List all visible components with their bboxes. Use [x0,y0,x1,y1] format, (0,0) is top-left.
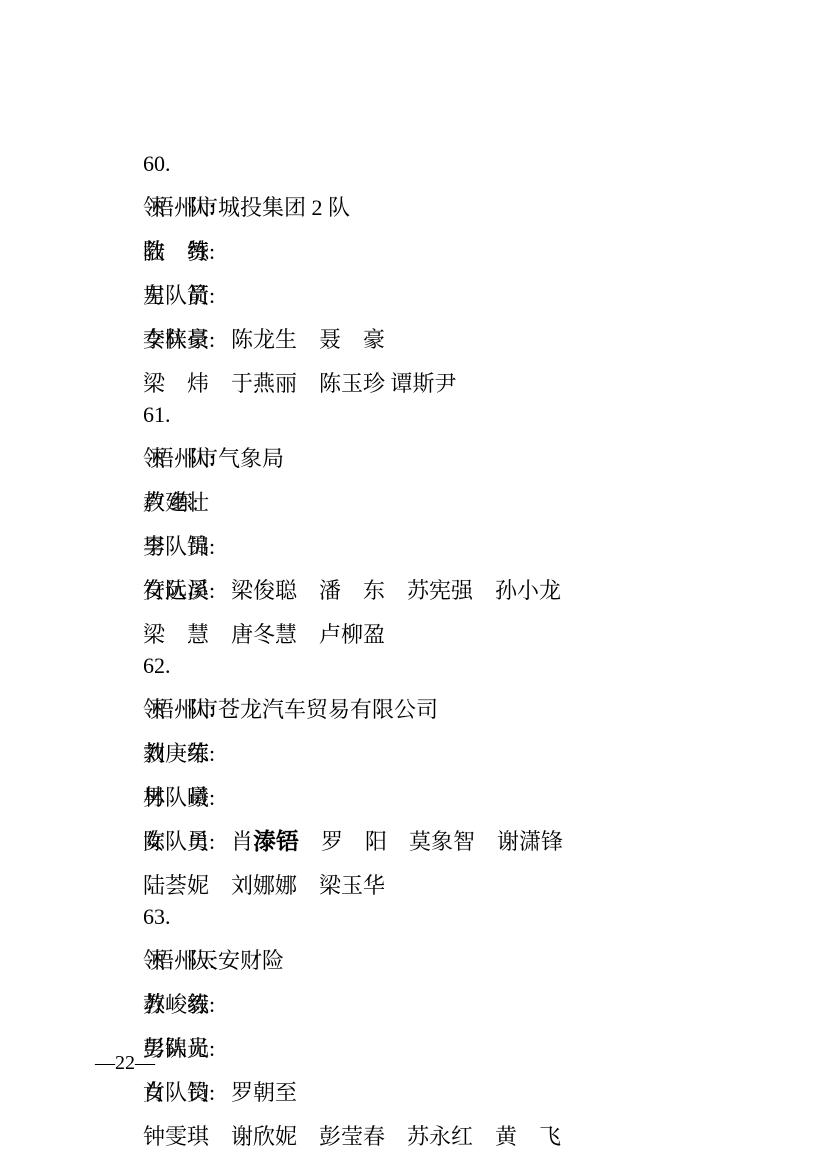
document-page: 60. 梧州市城投集团 2 队 领 队: 陆 赞 教 练: 左 箭 男队员: 李… [0,0,826,1169]
female-members-label: 女队员: [143,829,215,854]
female-members-value: 梁 慧 唐冬慧 卢柳盈 [143,622,385,647]
leader-label: 领 队: [143,446,215,471]
team-number: 62. [143,644,171,688]
team-number: 60. [143,142,171,186]
document-content: 60. 梧州市城投集团 2 队 领 队: 陆 赞 教 练: 左 箭 男队员: 李… [99,98,786,1102]
female-members-value: 钟雯琪 谢欣妮 彭莹春 苏永红 黄 飞 [143,1124,561,1149]
coach-label: 教 练: [143,741,215,766]
male-members-value-rare-glyphs: 溙铻 [253,829,299,855]
leader-label: 领 队: [143,697,215,722]
coach-label: 教 练: [143,992,215,1017]
team-section-60: 60. 梧州市城投集团 2 队 领 队: 陆 赞 教 练: 左 箭 男队员: 李… [99,98,786,318]
male-members-label: 男队员: [143,534,215,559]
team-title: 60. 梧州市城投集团 2 队 [99,98,786,142]
team-number: 63. [143,895,171,939]
female-members-label: 女队员: [143,1080,215,1105]
coach-label: 教 练: [143,490,199,515]
male-members-label: 男队员: [143,785,215,810]
coach-label: 教 练: [143,239,215,264]
male-members-value-post: 罗 阳 莫象智 谢潇锋 [299,829,563,854]
page-number: —22— [95,1048,155,1078]
team-number: 61. [143,393,171,437]
female-members-value: 梁 炜 于燕丽 陈玉珍 谭斯尹 [143,371,457,396]
female-members-label: 女队员: [143,327,215,352]
leader-label: 领 队: [143,195,215,220]
leader-label: 领 队: [143,948,215,973]
female-members-label: 女队员: [143,578,215,603]
female-members-value: 陆荟妮 刘娜娜 梁玉华 [143,873,385,898]
male-members-label: 男队员: [143,283,215,308]
leader-row: 领 队: 陆 赞 [99,142,786,186]
